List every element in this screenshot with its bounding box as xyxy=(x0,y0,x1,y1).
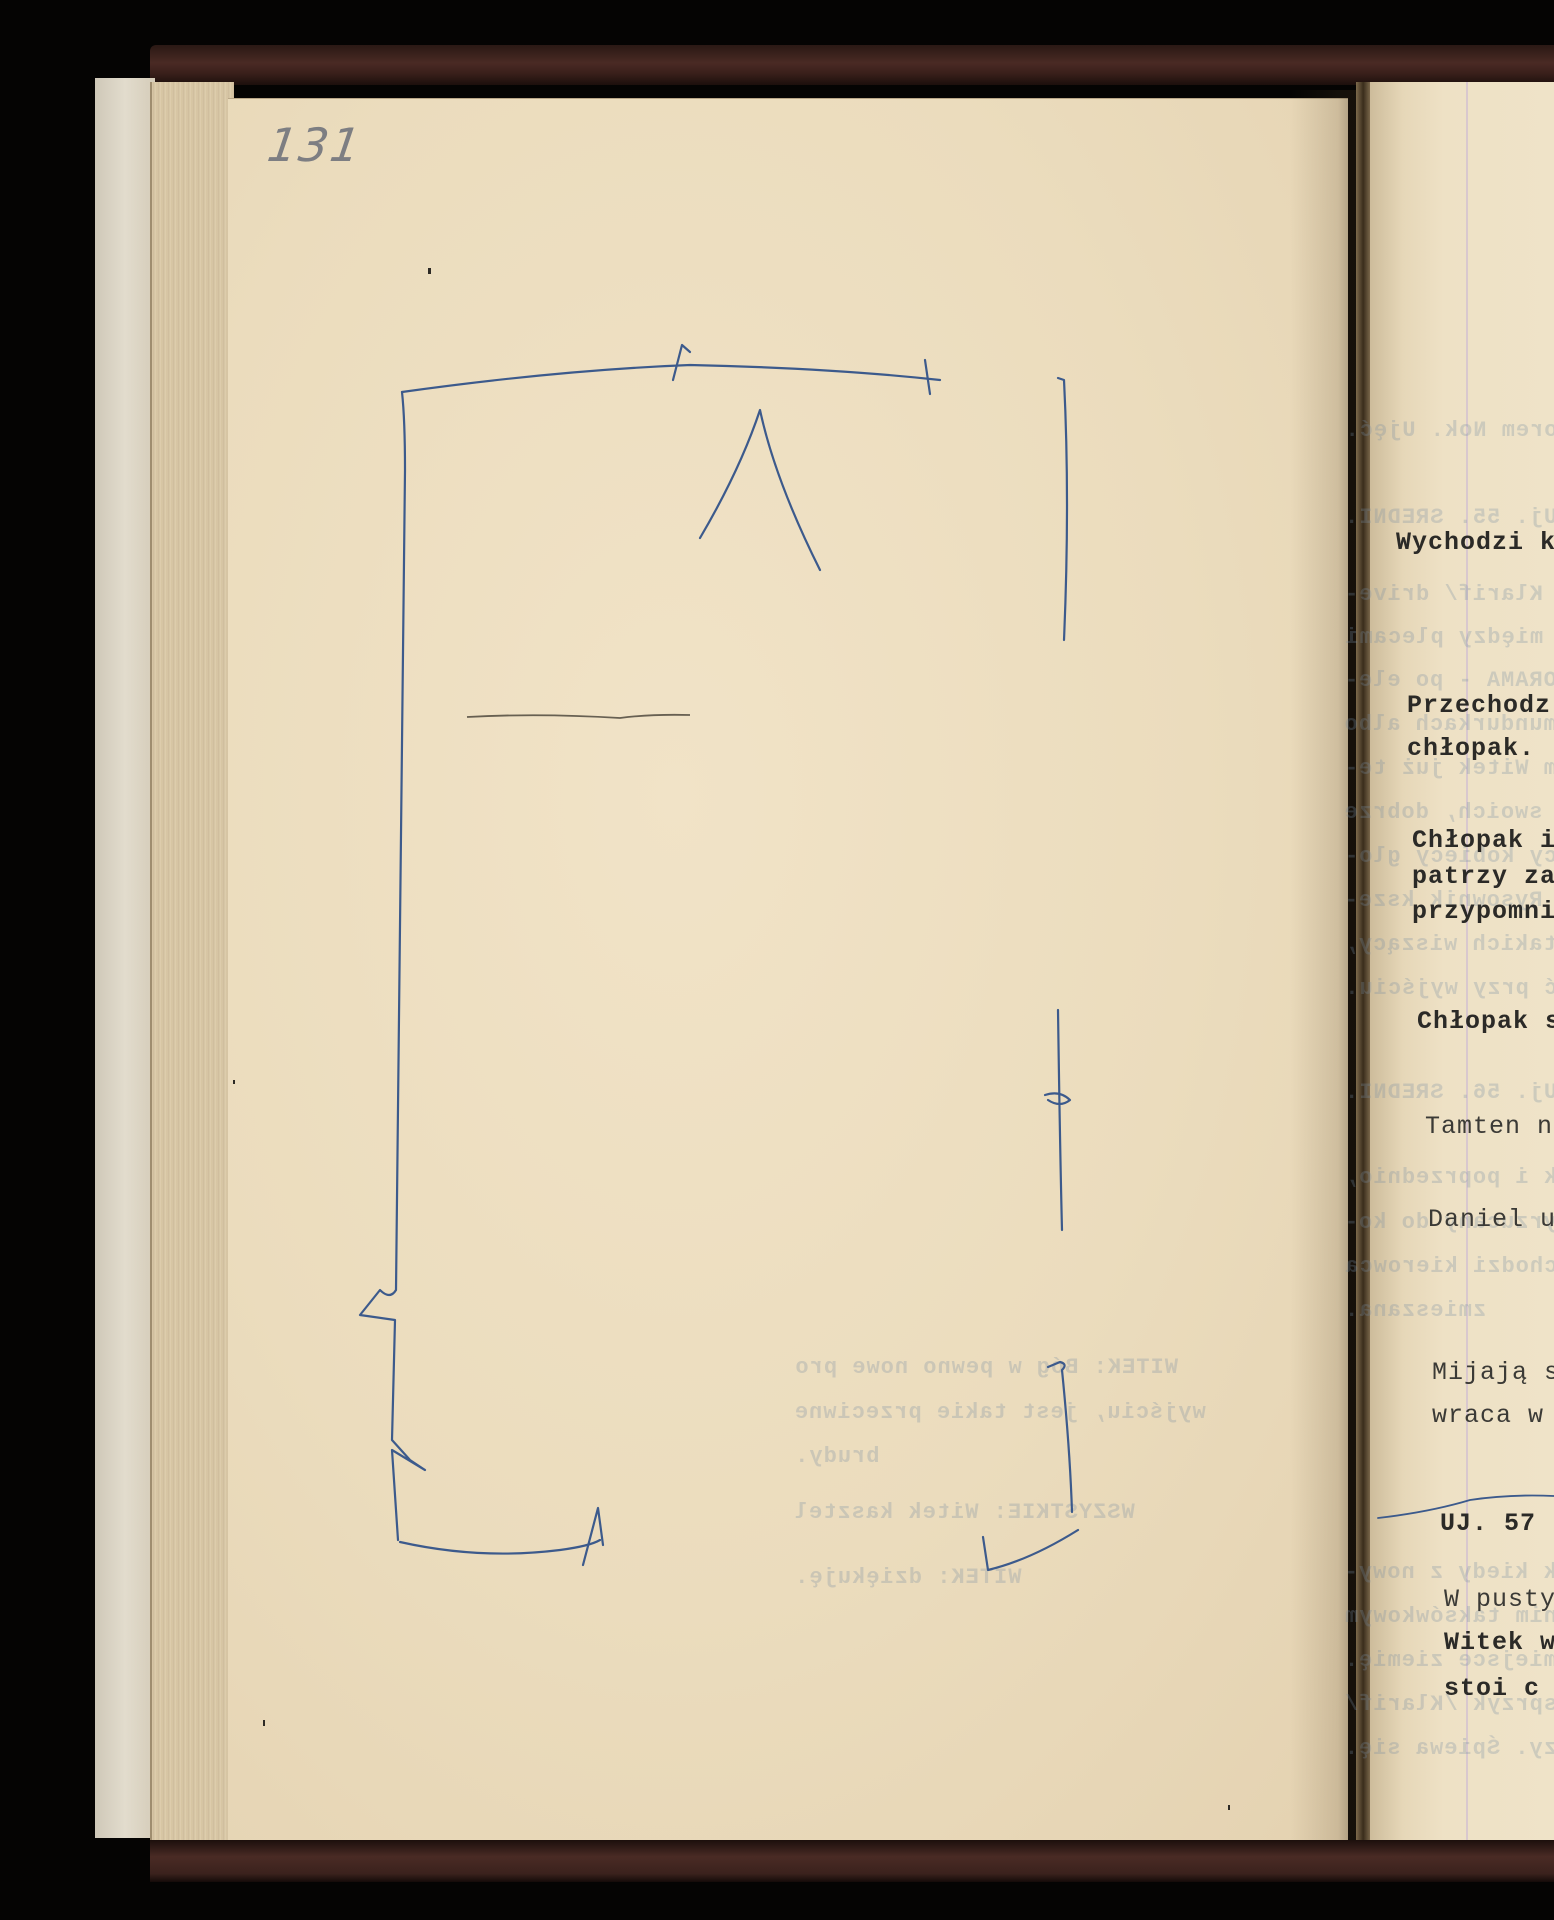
bleed-through-line: brudy. xyxy=(794,1444,879,1469)
bleed-through-line: Mieszkanie Witka. Wn. wieczorem Nok. Uję… xyxy=(1344,418,1554,443)
typed-line: W pusty xyxy=(1444,1585,1554,1614)
bleed-through-line: Zabrzmi wtorek kiedy z nowy- xyxy=(1344,1560,1554,1585)
book-cover-bottom-edge xyxy=(150,1840,1554,1882)
handwritten-page-number: 131 xyxy=(264,118,365,172)
typed-line: Przechodz xyxy=(1407,691,1551,720)
left-page xyxy=(228,98,1348,1841)
typed-line: stoi c xyxy=(1444,1674,1540,1703)
bleed-through-line: Uj. 55. SREDNI. xyxy=(1344,505,1554,530)
bleed-through-line: WITEK: Bóg w pewno nowe pro xyxy=(794,1355,1177,1380)
bleed-through-line: ść ostatnich. Wychodzi kierowca xyxy=(1344,1254,1554,1279)
bleed-through-line: zmieszana. xyxy=(1344,1298,1486,1323)
book-cover-top-edge xyxy=(150,45,1554,85)
scene-heading: UJ. 57 xyxy=(1440,1509,1536,1538)
typed-line: Chłopak s xyxy=(1417,1007,1554,1036)
bleed-through-line: Uj. 56. SREDNI. xyxy=(1344,1080,1554,1105)
typed-line: Wychodzi k xyxy=(1396,528,1554,557)
bleed-through-line: domowszczyzną/. PANORAMA - po ele- xyxy=(1344,668,1554,693)
typed-line: Witek w xyxy=(1444,1628,1554,1657)
bleed-through-line: lęki z urzędników takich wiszący, xyxy=(1344,932,1554,957)
bleed-through-line: Pokój Kasprzyk /albo Klarif/ drive- xyxy=(1344,582,1554,607)
bleed-through-line: patrzy. Śpiewa się. xyxy=(1344,1736,1554,1761)
typed-line: Chłopak i xyxy=(1412,826,1554,855)
bleed-through-line: WSZYSTKIE: Witek kasztel xyxy=(794,1500,1135,1525)
bleed-through-line: raz wszystko wśród swoich, dobrze xyxy=(1344,800,1554,825)
typed-line: przypomni xyxy=(1412,897,1554,926)
typed-line: Tamten n xyxy=(1425,1112,1553,1141)
typed-line: wraca w xyxy=(1432,1401,1544,1430)
page-stack-edge xyxy=(150,82,234,1844)
bleed-through-line: Przy wyjściu, tak jak i poprzednio, xyxy=(1344,1165,1554,1190)
bleed-through-line: które potem kupić przy wyjściu. xyxy=(1344,976,1554,1001)
typed-line: Daniel u xyxy=(1428,1205,1554,1234)
typed-line: chłopak. xyxy=(1407,734,1535,763)
flyleaf-edge xyxy=(95,78,155,1838)
typed-line: Mijają s xyxy=(1432,1358,1554,1387)
bleed-through-line: WITEK: dziękuję. xyxy=(794,1565,1021,1590)
typed-line: patrzy za xyxy=(1412,862,1554,891)
bleed-through-line: ma skomplikowany między plecami xyxy=(1344,625,1554,650)
bleed-through-line: wyjściu, jest takie przeciwne xyxy=(794,1400,1206,1425)
